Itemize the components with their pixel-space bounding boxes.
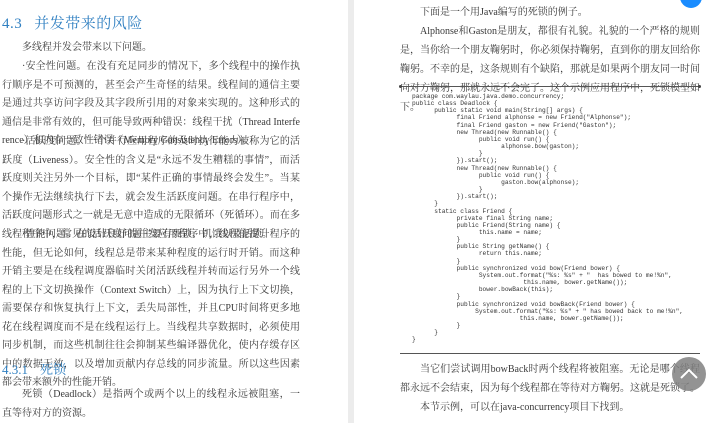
subsection-title: 死锁 xyxy=(40,362,66,377)
subsection-number: 4.3.1 xyxy=(2,362,28,377)
section-title: 并发带来的风险 xyxy=(34,16,143,32)
paragraph-example-intro: 下面是一个用Java编写的死锁的例子。 xyxy=(400,3,700,22)
section-number: 4.3 xyxy=(2,16,22,32)
right-page: 下面是一个用Java编写的死锁的例子。 Alphonse和Gaston是朋友，都… xyxy=(372,0,720,423)
chevron-up-icon xyxy=(679,368,699,380)
paragraph-source-location: 本节示例，可以在java-concurrency项目下找到。 xyxy=(400,398,700,417)
code-text: package com.waylau.java.demo.concurrency… xyxy=(412,93,683,343)
paragraph-intro: 多线程并发会带来以下问题。 xyxy=(2,39,300,58)
code-listing: package com.waylau.java.demo.concurrency… xyxy=(400,86,700,354)
section-heading: 4.3并发带来的风险 xyxy=(2,12,143,33)
paragraph-blocked: 当它们尝试调用bowBack时两个线程将被阻塞。无论是哪个线程都永远不会结束，因… xyxy=(400,360,700,398)
subsection-heading: 4.3.1死锁 xyxy=(2,359,66,378)
back-to-top-button[interactable] xyxy=(672,357,706,391)
paragraph-deadlock-def: 死锁（Deadlock）是指两个或两个以上的线程永远被阻塞，一直等待对方的资源。 xyxy=(2,386,300,423)
page-divider xyxy=(348,0,354,423)
left-page: 4.3并发带来的风险 多线程并发会带来以下问题。 ·安全性问题。在没有充足同步的… xyxy=(0,0,348,423)
